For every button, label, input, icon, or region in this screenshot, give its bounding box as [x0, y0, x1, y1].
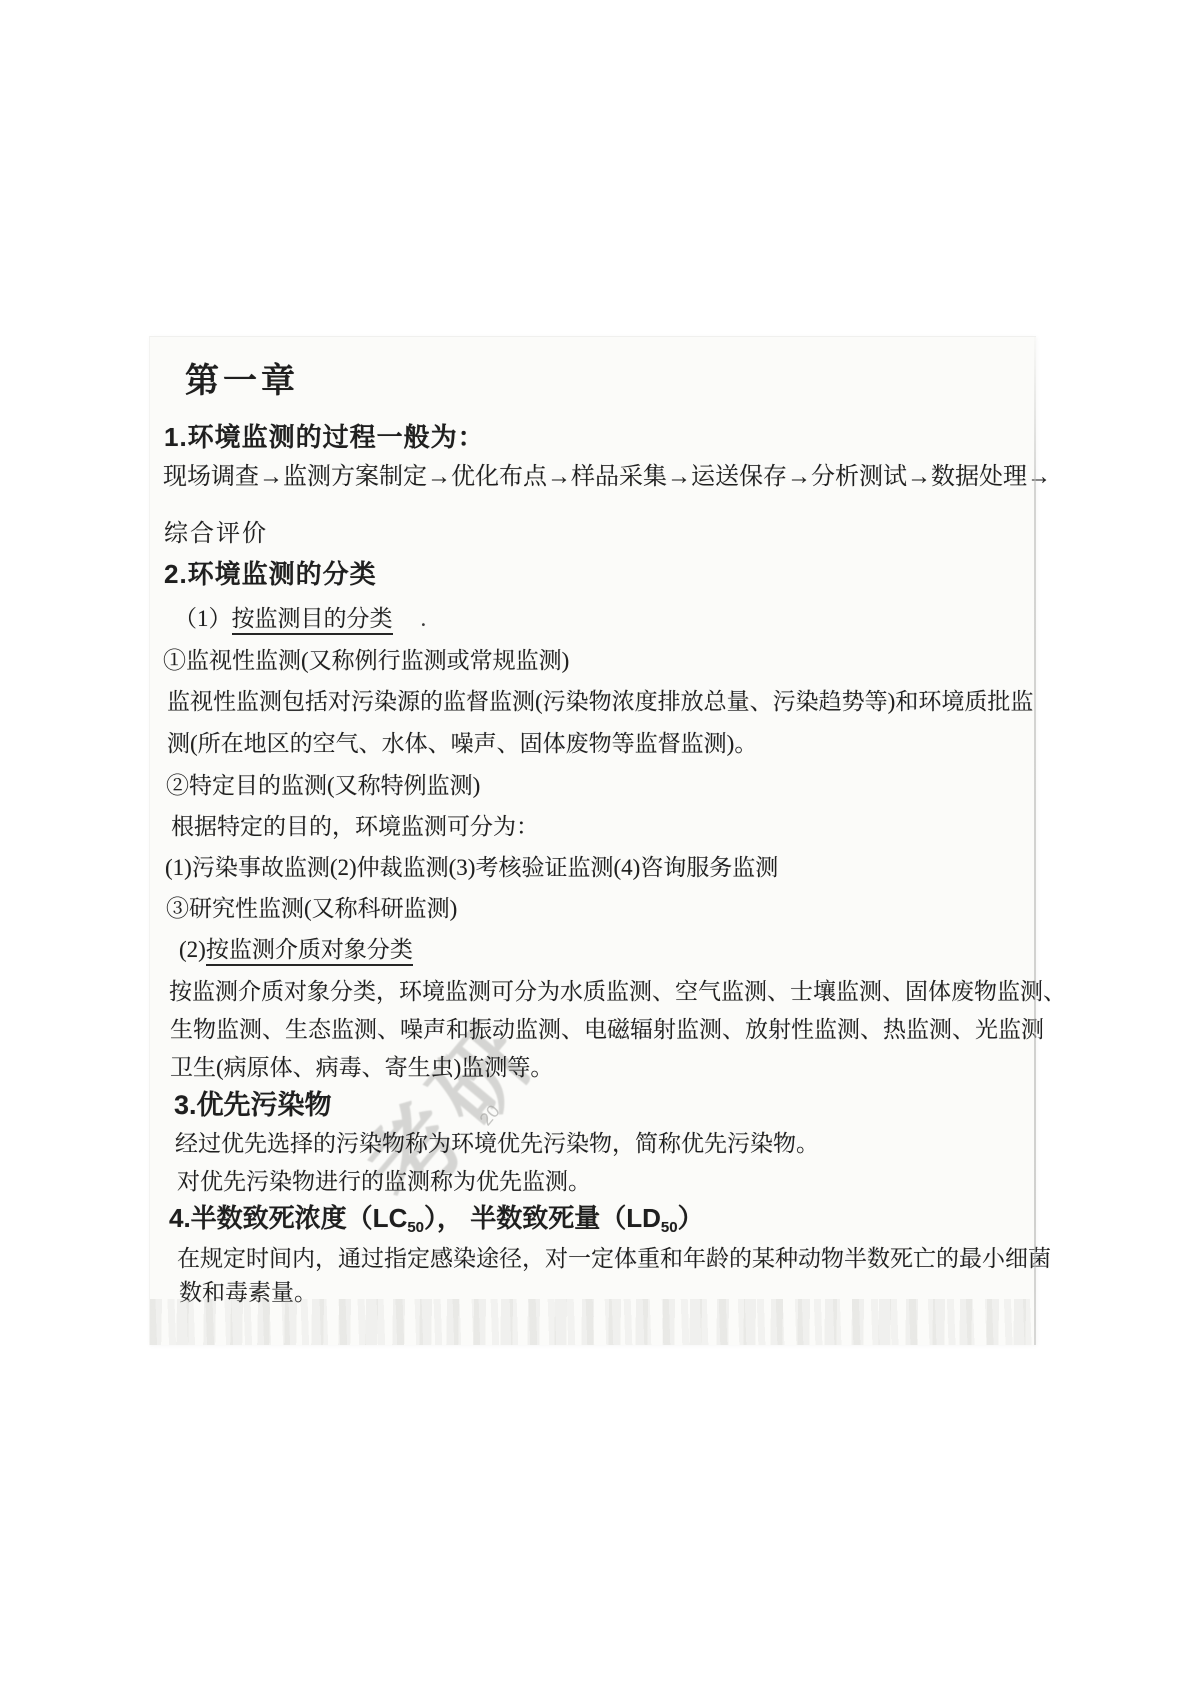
lc50-subscript: 50 — [407, 1219, 424, 1236]
priority-pollutant-def-line-2: 对优先污染物进行的监测称为优先监测。 — [177, 1168, 591, 1196]
classification-by-purpose-prefix: （1） — [174, 606, 232, 631]
watermark-small-mark: 20 — [476, 1101, 505, 1130]
specific-purpose-types: (1)污染事故监测(2)仲裁监测(3)考核验证监测(4)咨询服务监测 — [165, 854, 778, 882]
page-right-edge — [1034, 337, 1036, 1345]
ld50-subscript: 50 — [661, 1219, 678, 1236]
lethal-dose-def-line-1: 在规定时间内，通过指定感染途径，对一定体重和年龄的某种动物半数死亡的最小细菌 — [177, 1245, 1051, 1273]
medium-classification-line-3: 卫生(病原体、病毒、寄生虫)监测等。 — [170, 1054, 553, 1082]
classification-by-medium-prefix: (2) — [179, 937, 206, 962]
classification-by-purpose-label: （1）按监测目的分类. — [174, 605, 426, 633]
section-4-heading-part-3: ） — [678, 1203, 704, 1233]
process-flow-continuation: 综合评价 — [164, 520, 268, 549]
classification-by-purpose-underlined: 按监测目的分类 — [232, 606, 393, 635]
surveillance-monitoring-desc-line-1: 监视性监测包括对污染源的监督监测(污染物浓度排放总量、污染趋势等)和环境质批监 — [167, 688, 1033, 716]
scan-artifact-dot: . — [421, 606, 427, 631]
chapter-heading: 第一章 — [185, 361, 299, 402]
specific-purpose-intro: 根据特定的目的，环境监测可分为： — [171, 813, 539, 841]
section-3-heading: 3.优先污染物 — [174, 1089, 332, 1121]
scanned-notes-page: 考研 20 第一章 1.环境监测的过程一般为： 现场调查→监测方案制定→优化布点… — [149, 336, 1036, 1345]
section-2-heading: 2.环境监测的分类 — [164, 559, 377, 590]
classification-by-medium-underlined: 按监测介质对象分类 — [206, 937, 413, 966]
section-4-heading: 4.半数致死浓度（LC50）， 半数致死量（LD50） — [169, 1203, 704, 1234]
section-4-heading-part-2: ）， 半数致死量（LD — [424, 1203, 661, 1233]
medium-classification-line-1: 按监测介质对象分类，环境监测可分为水质监测、空气监测、士壤监测、固体废物监测、 — [169, 978, 1066, 1006]
item-1-surveillance-monitoring: ①监视性监测(又称例行监测或常规监测) — [163, 647, 569, 675]
item-2-specific-purpose-monitoring: ②特定目的监测(又称特例监测) — [166, 772, 480, 800]
scan-bottom-texture — [150, 1299, 1036, 1345]
priority-pollutant-def-line-1: 经过优先选择的污染物称为环境优先污染物，简称优先污染物。 — [175, 1130, 819, 1158]
medium-classification-line-2: 生物监测、生态监测、噪声和振动监测、电磁辐射监测、放射性监测、热监测、光监测 — [170, 1016, 1044, 1044]
section-4-heading-part-1: 4.半数致死浓度（LC — [169, 1203, 407, 1233]
process-flow-line: 现场调查→监测方案制定→优化布点→样品采集→运送保存→分析测试→数据处理→ — [163, 463, 1051, 492]
classification-by-medium-label: (2)按监测介质对象分类 — [179, 936, 413, 964]
item-3-research-monitoring: ③研究性监测(又称科研监测) — [166, 895, 457, 923]
section-1-heading: 1.环境监测的过程一般为： — [164, 422, 485, 453]
surveillance-monitoring-desc-line-2: 测(所在地区的空气、水体、噪声、固体废物等监督监测)。 — [167, 730, 757, 758]
